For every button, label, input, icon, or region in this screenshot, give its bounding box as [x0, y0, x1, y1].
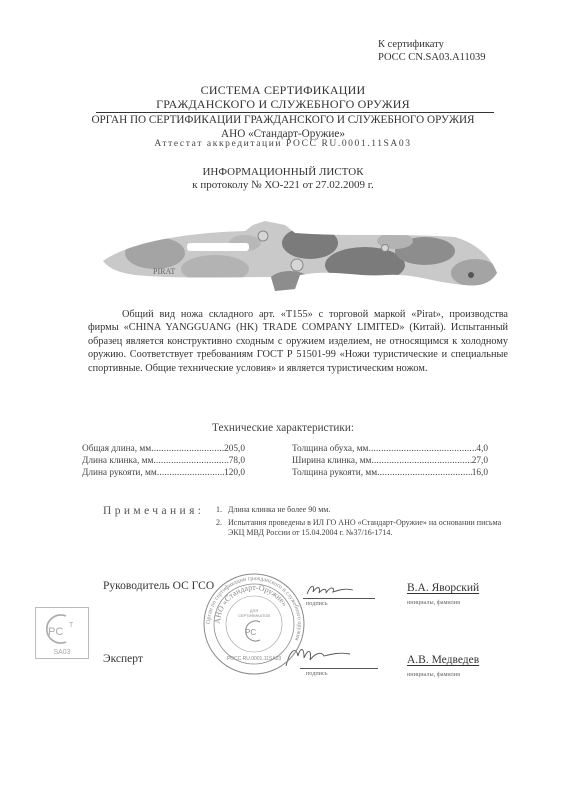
spec-row: Общая длина, мм205,0 — [82, 443, 245, 455]
system-title-line2: ГРАЖДАНСКОГО И СЛУЖЕБНОГО ОРУЖИЯ — [0, 97, 566, 111]
note-item: 2.Испытания проведены в ИЛ ГО АНО «Станд… — [216, 518, 516, 539]
signatory-role-expert: Эксперт — [103, 653, 143, 665]
svg-text:SA03: SA03 — [53, 649, 70, 656]
rst-mark-icon: PC T SA03 — [36, 608, 88, 658]
svg-text:PC: PC — [48, 626, 63, 638]
signature-caption: подпись — [306, 600, 328, 607]
notes-list: 1.Длина клинка не более 90 мм. 2.Испытан… — [216, 505, 516, 541]
name-caption: инициалы, фамилия — [407, 671, 460, 678]
cert-ref-number: РОСС CN.SA03.A11039 — [378, 51, 486, 64]
spec-row: Толщина рукояти, мм16,0 — [292, 467, 488, 479]
spec-row: Длина рукояти, мм120,0 — [82, 467, 245, 479]
spec-row: Ширина клинка, мм27,0 — [292, 455, 488, 467]
svg-text:СЕРТИФИКАТОВ: СЕРТИФИКАТОВ — [238, 613, 270, 618]
signature-yavorsky — [305, 582, 355, 598]
certificate-reference: К сертификату РОСС CN.SA03.A11039 — [378, 38, 486, 64]
official-stamp: Орган по сертификации гражданского и слу… — [202, 572, 306, 676]
spec-value: 16,0 — [472, 467, 488, 479]
certification-body: ОРГАН ПО СЕРТИФИКАЦИИ ГРАЖДАНСКОГО И СЛУ… — [0, 114, 566, 141]
brand-mark: PIRAT — [153, 267, 175, 276]
signatory-role-head: Руководитель ОС ГСО — [103, 580, 214, 592]
spec-value: 27,0 — [472, 455, 488, 467]
cert-ref-line1: К сертификату — [378, 38, 486, 51]
document-title: ИНФОРМАЦИОННЫЙ ЛИСТОК к протоколу № ХО-2… — [0, 166, 566, 192]
signature-caption: подпись — [306, 670, 328, 677]
stamp-bottom-text: РОСС RU.0001.11SA03 — [227, 656, 281, 662]
org-name: ОРГАН ПО СЕРТИФИКАЦИИ ГРАЖДАНСКОГО И СЛУ… — [0, 114, 566, 128]
system-title: СИСТЕМА СЕРТИФИКАЦИИ ГРАЖДАНСКОГО И СЛУЖ… — [0, 83, 566, 111]
specs-left-column: Общая длина, мм205,0 Длина клинка, мм78,… — [82, 443, 245, 480]
description-paragraph: Общий вид ножа складного арт. «T155» с т… — [88, 308, 508, 375]
accreditation-line: Аттестат аккредитации РОСС RU.0001.11SA0… — [0, 139, 566, 149]
spec-value: 78,0 — [229, 455, 245, 467]
description-text: Общий вид ножа складного арт. «T155» с т… — [88, 308, 508, 375]
specs-right-column: Толщина обуха, мм4,0 Ширина клинка, мм27… — [292, 443, 488, 480]
certification-logo: PC T SA03 — [35, 607, 89, 659]
svg-text:PC: PC — [245, 628, 256, 637]
protocol-reference: к протоколу № ХО-221 от 27.02.2009 г. — [0, 179, 566, 192]
signature-line — [303, 598, 375, 599]
note-item: 1.Длина клинка не более 90 мм. — [216, 505, 516, 516]
info-sheet-title: ИНФОРМАЦИОННЫЙ ЛИСТОК — [0, 166, 566, 179]
notes-label: Примечания: — [103, 505, 204, 517]
specs-title: Технические характеристики: — [0, 422, 566, 434]
spec-value: 205,0 — [224, 443, 245, 455]
spec-value: 120,0 — [224, 467, 245, 479]
header-divider — [96, 112, 494, 113]
signature-line — [300, 668, 378, 669]
signatory-name-expert: А.В. Медведев — [407, 654, 479, 666]
system-title-line1: СИСТЕМА СЕРТИФИКАЦИИ — [0, 83, 566, 97]
signatory-name-head: В.А. Яворский — [407, 582, 479, 594]
name-caption: инициалы, фамилия — [407, 599, 460, 606]
svg-text:T: T — [69, 622, 74, 629]
spec-row: Длина клинка, мм78,0 — [82, 455, 245, 467]
blade-slot — [187, 243, 249, 251]
knife-photo: PIRAT — [95, 203, 507, 303]
spec-row: Толщина обуха, мм4,0 — [292, 443, 488, 455]
spec-value: 4,0 — [476, 443, 488, 455]
